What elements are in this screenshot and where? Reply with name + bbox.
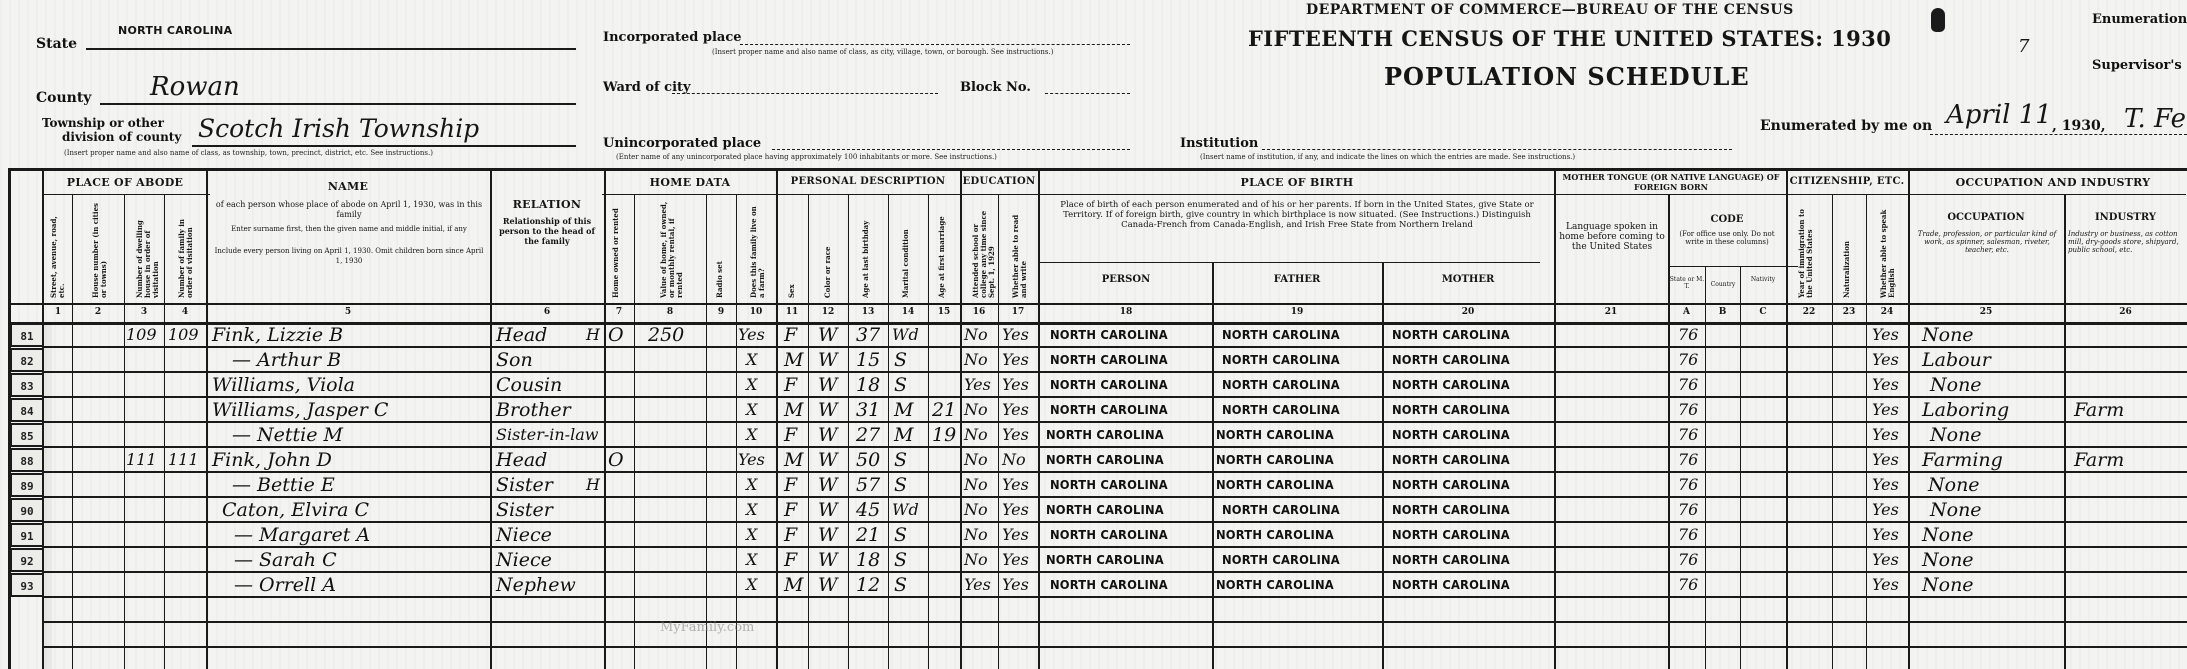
birthplace-father: NORTH CAROLINA [1222, 348, 1340, 372]
group-citizenship: CITIZENSHIP, ETC. [1786, 176, 1908, 187]
vheader-radio: Radio set [716, 200, 724, 298]
ward-underline [672, 93, 938, 94]
vheader-dwelling: Number of dwelling house in order of vis… [136, 200, 160, 298]
race: W [818, 323, 838, 347]
speaks-english: Yes [1872, 423, 1899, 447]
township-value: Scotch Irish Township [198, 114, 479, 143]
enumerated-date: April 11 [1946, 100, 2052, 130]
birthplace-person: NORTH CAROLINA [1050, 348, 1168, 372]
township-underline [192, 145, 576, 147]
colnum: 12 [808, 307, 848, 317]
colnum: 8 [634, 307, 706, 317]
occupation: None [1930, 498, 1982, 522]
first-marriage-age: 19 [932, 423, 956, 447]
school: No [964, 548, 988, 572]
school: No [964, 448, 988, 472]
relation: Niece [496, 523, 552, 547]
colnum: 24 [1866, 307, 1908, 317]
marital: S [894, 548, 907, 572]
read-write: Yes [1002, 323, 1029, 347]
line-number: 83 [10, 373, 44, 397]
colnum: A [1668, 307, 1705, 317]
sex: F [784, 473, 797, 497]
col-rule [1786, 168, 1788, 669]
vheader-naturalization: Naturalization [1843, 200, 1851, 298]
occupation-header: OCCUPATION [1908, 212, 2064, 223]
group-relation: RELATION [490, 198, 604, 211]
colnum: 25 [1908, 307, 2064, 317]
sex: M [784, 573, 803, 597]
birthplace-person: NORTH CAROLINA [1050, 323, 1168, 347]
school: No [964, 498, 988, 522]
age: 27 [856, 423, 880, 447]
line-number: 82 [10, 348, 44, 372]
birthplace-mother: NORTH CAROLINA [1392, 323, 1510, 347]
birthplace-person: NORTH CAROLINA [1050, 398, 1168, 422]
birthplace-person: NORTH CAROLINA [1050, 573, 1168, 597]
code-b-header: Country [1706, 280, 1740, 290]
family-number: 109 [168, 323, 199, 347]
line-number: 84 [10, 398, 44, 422]
farm: X [746, 548, 757, 572]
group-mother-tongue: MOTHER TONGUE (OR NATIVE LANGUAGE) OF FO… [1556, 172, 1786, 192]
township-label-1: Township or other [42, 116, 164, 130]
colnum: 23 [1832, 307, 1866, 317]
colnum-top-rule [8, 303, 2187, 305]
col-rule [848, 194, 849, 669]
birthplace-father: NORTH CAROLINA [1216, 573, 1334, 597]
age: 15 [856, 348, 880, 372]
speaks-english: Yes [1872, 473, 1899, 497]
relation: Sister [496, 498, 553, 522]
col-rule [1038, 168, 1040, 669]
col-rule [164, 194, 165, 669]
col-rule [736, 194, 737, 669]
colnum: 2 [72, 307, 124, 317]
age: 18 [856, 548, 880, 572]
person-name: — Arthur B [232, 348, 341, 372]
margin-mark: 7 [2018, 36, 2029, 57]
relation: Son [496, 348, 533, 372]
read-write: Yes [1002, 548, 1029, 572]
birth-sub-rule [1040, 262, 1540, 263]
school: Yes [964, 573, 991, 597]
colnum: 3 [124, 307, 164, 317]
speaks-english: Yes [1872, 498, 1899, 522]
enumeration-label: Enumeration [2092, 12, 2187, 27]
dwelling-number: 111 [126, 448, 157, 472]
birthplace-mother: NORTH CAROLINA [1392, 398, 1510, 422]
marital: M [894, 423, 913, 447]
colnum: 21 [1554, 307, 1668, 317]
relation: Head [496, 448, 547, 472]
colnum: 16 [960, 307, 998, 317]
colnum: B [1705, 307, 1740, 317]
first-marriage-age: 21 [932, 398, 956, 422]
relation-desc: Relationship of this person to the head … [496, 216, 598, 246]
person-name: — Bettie E [232, 473, 335, 497]
birthplace-father: NORTH CAROLINA [1216, 448, 1334, 472]
birthplace-mother: NORTH CAROLINA [1392, 348, 1510, 372]
col-rule [124, 194, 125, 669]
race: W [818, 423, 838, 447]
col-rule [2064, 194, 2066, 669]
col-rule [72, 194, 73, 669]
dwelling-number: 109 [126, 323, 157, 347]
birthplace-mother: NORTH CAROLINA [1392, 573, 1510, 597]
read-write: Yes [1002, 573, 1029, 597]
speaks-english: Yes [1872, 448, 1899, 472]
sex: M [784, 448, 803, 472]
block-label: Block No. [960, 80, 1031, 95]
marital: S [894, 523, 907, 547]
read-write: Yes [1002, 473, 1029, 497]
colnum: 18 [1040, 307, 1212, 317]
colnum: C [1740, 307, 1786, 317]
race: W [818, 398, 838, 422]
colnum: 26 [2064, 307, 2187, 317]
birthplace-father: NORTH CAROLINA [1222, 498, 1340, 522]
industry: Farm [2074, 398, 2124, 422]
school: No [964, 523, 988, 547]
school: No [964, 423, 988, 447]
line-number: 93 [10, 573, 44, 597]
colnum: 9 [706, 307, 736, 317]
birthplace-father: NORTH CAROLINA [1222, 398, 1340, 422]
schedule-title: POPULATION SCHEDULE [1384, 62, 1750, 91]
col-rule [1212, 262, 1214, 669]
census-page: State NORTH CAROLINA County Rowan Townsh… [0, 0, 2187, 669]
col-rule [634, 194, 635, 669]
col-rule [1668, 194, 1670, 669]
vheader-street: Street, avenue, road, etc. [50, 200, 66, 298]
birth-mother-header: MOTHER [1382, 274, 1554, 285]
race: W [818, 448, 838, 472]
institution-label: Institution [1180, 136, 1258, 151]
incorporated-underline [740, 44, 1130, 45]
supervisor-label: Supervisor's [2092, 58, 2182, 73]
col-rule [928, 194, 929, 669]
birth-father-header: FATHER [1212, 274, 1382, 285]
colnum: 10 [736, 307, 776, 317]
vheader-house-number: House number (in cities or towns) [92, 200, 108, 298]
occupation: None [1922, 323, 1974, 347]
relation: Cousin [496, 373, 562, 397]
home-owned: O [608, 448, 624, 472]
speaks-english: Yes [1872, 548, 1899, 572]
name-desc-2: Enter surname first, then the given name… [212, 224, 486, 234]
marital: S [894, 473, 907, 497]
marital: S [894, 573, 907, 597]
col-rule [960, 168, 962, 669]
col-rule [776, 168, 778, 669]
age: 45 [856, 498, 880, 522]
read-write: Yes [1002, 398, 1029, 422]
farm: X [746, 473, 757, 497]
person-name: Caton, Elvira C [222, 498, 369, 522]
birthplace-person: NORTH CAROLINA [1050, 473, 1168, 497]
colnum: 17 [998, 307, 1038, 317]
name-desc-3: Include every person living on April 1, … [212, 246, 486, 266]
home-owned: O [608, 323, 624, 347]
speaks-english: Yes [1872, 398, 1899, 422]
unincorporated-underline [772, 149, 1130, 150]
industry: Farm [2074, 448, 2124, 472]
col-rule [706, 194, 707, 669]
group-home-data: HOME DATA [604, 176, 776, 189]
vheader-value: Value of home, if owned, or monthly rent… [660, 200, 684, 298]
township-label-2: division of county [62, 130, 181, 144]
vheader-sex: Sex [788, 200, 796, 298]
school: No [964, 473, 988, 497]
birthplace-person: NORTH CAROLINA [1046, 548, 1164, 572]
occupation: None [1922, 573, 1974, 597]
code-a: 76 [1678, 548, 1698, 572]
col-rule [1740, 266, 1741, 669]
vheader-marital: Marital condition [902, 200, 910, 298]
read-write: Yes [1002, 498, 1029, 522]
abode-sub-rule [44, 194, 210, 195]
line-number: 92 [10, 548, 44, 572]
vheader-race: Color or race [824, 200, 832, 298]
age: 12 [856, 573, 880, 597]
code-desc: (For office use only. Do not write in th… [1670, 230, 1784, 246]
birthplace-father: NORTH CAROLINA [1216, 473, 1334, 497]
age: 21 [856, 523, 880, 547]
right-sub-rule [1038, 194, 2186, 195]
code-a: 76 [1678, 423, 1698, 447]
name-desc-1: of each person whose place of abode on A… [212, 200, 486, 220]
vheader-age: Age at last birthday [862, 200, 870, 298]
sex: M [784, 348, 803, 372]
sex: F [784, 323, 797, 347]
col-rule [604, 168, 606, 669]
person-name: Fink, Lizzie B [212, 323, 343, 347]
race: W [818, 373, 838, 397]
vheader-first-marriage: Age at first marriage [938, 200, 946, 298]
county-underline [100, 103, 576, 105]
vheader-farm: Does this family live on a farm? [750, 200, 766, 298]
birthplace-mother: NORTH CAROLINA [1392, 498, 1510, 522]
farm: X [746, 348, 757, 372]
age: 31 [856, 398, 880, 422]
industry-desc: Industry or business, as cotton mill, dr… [2068, 230, 2187, 254]
institution-note: (Insert name of institution, if any, and… [1200, 153, 1575, 161]
birthplace-person: NORTH CAROLINA [1046, 448, 1164, 472]
birthplace-father: NORTH CAROLINA [1216, 523, 1334, 547]
col-rule [490, 168, 492, 669]
institution-underline [1262, 149, 1732, 150]
read-write: Yes [1002, 523, 1029, 547]
person-name: — Nettie M [232, 423, 343, 447]
birthplace-mother: NORTH CAROLINA [1392, 548, 1510, 572]
sex: F [784, 548, 797, 572]
relation: Head [496, 323, 547, 347]
vheader-read-write: Whether able to read and write [1012, 200, 1028, 298]
group-place-of-birth: PLACE OF BIRTH [1040, 176, 1554, 189]
farm: X [746, 523, 757, 547]
colnum: 1 [44, 307, 72, 317]
line-number: 91 [10, 523, 44, 547]
marital: S [894, 373, 907, 397]
code-a: 76 [1678, 323, 1698, 347]
code-a: 76 [1678, 473, 1698, 497]
incorporated-note: (Insert proper name and also name of cla… [712, 48, 1053, 56]
colnum: 19 [1212, 307, 1382, 317]
speaks-english: Yes [1872, 373, 1899, 397]
unincorporated-label: Unincorporated place [603, 136, 761, 151]
col-rule [1832, 194, 1833, 669]
census-title: FIFTEENTH CENSUS OF THE UNITED STATES: 1… [1248, 26, 1891, 51]
birthplace-person: NORTH CAROLINA [1050, 373, 1168, 397]
relation: Brother [496, 398, 571, 422]
code-a: 76 [1678, 498, 1698, 522]
occupation: None [1922, 523, 1974, 547]
occupation: Laboring [1922, 398, 2009, 422]
race: W [818, 348, 838, 372]
code-a: 76 [1678, 373, 1698, 397]
birthplace-person: NORTH CAROLINA [1046, 423, 1164, 447]
code-a: 76 [1678, 348, 1698, 372]
occupation: Labour [1922, 348, 1991, 372]
group-personal-description: PERSONAL DESCRIPTION [776, 176, 960, 187]
group-education: EDUCATION [960, 176, 1038, 187]
birthplace-person: NORTH CAROLINA [1050, 523, 1168, 547]
read-write: No [1002, 448, 1026, 472]
relation: Niece [496, 548, 552, 572]
department-heading: DEPARTMENT OF COMMERCE—BUREAU OF THE CEN… [1306, 2, 1794, 18]
speaks-english: Yes [1872, 523, 1899, 547]
birthplace-father: NORTH CAROLINA [1222, 373, 1340, 397]
birthplace-mother: NORTH CAROLINA [1392, 423, 1510, 447]
code-a: 76 [1678, 523, 1698, 547]
line-number: 88 [10, 448, 44, 472]
relation: Sister [496, 473, 553, 497]
farm: Yes [738, 448, 765, 472]
enumerated-underline [1930, 134, 2187, 135]
school: No [964, 348, 988, 372]
colnum: 7 [604, 307, 634, 317]
home-sub-rule [602, 194, 776, 195]
school: No [964, 398, 988, 422]
farm: X [746, 373, 757, 397]
language-desc: Language spoken in home before coming to… [1558, 222, 1666, 252]
birthplace-mother: NORTH CAROLINA [1392, 473, 1510, 497]
read-write: Yes [1002, 423, 1029, 447]
farm: Yes [738, 323, 765, 347]
speaks-english: Yes [1872, 348, 1899, 372]
enumerator-name: T. Fe [2124, 104, 2186, 134]
person-name: — Sarah C [234, 548, 337, 572]
birthplace-father: NORTH CAROLINA [1222, 323, 1340, 347]
age: 37 [856, 323, 880, 347]
col-rule [808, 194, 809, 669]
sex: F [784, 423, 797, 447]
farm: X [746, 398, 757, 422]
col-rule [998, 194, 999, 669]
township-note: (Insert proper name and also name of cla… [64, 149, 433, 157]
vheader-school: Attended school or college any time sinc… [972, 200, 996, 298]
col-rule [1554, 168, 1556, 669]
occupation: Farming [1922, 448, 2003, 472]
vheader-immigration: Year of immigration to the United States [1798, 200, 1814, 298]
code-c-header: Nativity [1741, 276, 1785, 283]
group-occupation-industry: OCCUPATION AND INDUSTRY [1908, 176, 2187, 189]
colnum: 14 [888, 307, 928, 317]
vheader-family: Number of family in order of visitation [178, 200, 194, 298]
col-rule [1382, 262, 1384, 669]
line-number: 81 [10, 323, 44, 347]
state-underline [86, 48, 576, 50]
col-rule [206, 168, 208, 669]
line-number: 90 [10, 498, 44, 522]
watermark: MyFamily.com [660, 620, 754, 635]
code-sub-rule [1668, 266, 1798, 267]
line-number: 89 [10, 473, 44, 497]
occupation: None [1922, 548, 1974, 572]
county-value: Rowan [150, 72, 240, 102]
race: W [818, 548, 838, 572]
sex: F [784, 523, 797, 547]
marital: S [894, 348, 907, 372]
occupation: None [1930, 423, 1982, 447]
relation: Nephew [496, 573, 576, 597]
ink-blot [1931, 8, 1945, 32]
county-label: County [36, 90, 91, 106]
person-name: — Orrell A [234, 573, 336, 597]
farm: X [746, 498, 757, 522]
occupation-desc: Trade, profession, or particular kind of… [1914, 230, 2060, 254]
vheader-owned: Home owned or rented [612, 200, 620, 298]
birthplace-person: NORTH CAROLINA [1046, 498, 1164, 522]
col-rule [1705, 266, 1706, 669]
industry-header: INDUSTRY [2064, 212, 2187, 223]
line-number: 85 [10, 423, 44, 447]
colnum: 5 [206, 307, 490, 317]
colnum: 6 [490, 307, 604, 317]
race: W [818, 473, 838, 497]
colnum: 11 [776, 307, 808, 317]
school: Yes [964, 373, 991, 397]
school: No [964, 323, 988, 347]
code-a: 76 [1678, 398, 1698, 422]
relation: Sister-in-law [496, 423, 598, 447]
group-place-of-abode: PLACE OF ABODE [44, 176, 206, 189]
occupation: None [1930, 373, 1982, 397]
code-header: CODE [1668, 214, 1786, 225]
block-underline [1045, 93, 1130, 94]
state-value: NORTH CAROLINA [118, 24, 233, 37]
marital: Wd [892, 498, 919, 522]
marital: M [894, 398, 913, 422]
group-name: NAME [206, 180, 490, 193]
birthplace-mother: NORTH CAROLINA [1392, 523, 1510, 547]
birthplace-father: NORTH CAROLINA [1222, 548, 1340, 572]
enumerated-label: Enumerated by me on [1760, 118, 1932, 134]
code-a: 76 [1678, 573, 1698, 597]
relation-mark: H [586, 473, 600, 497]
occupation: None [1928, 473, 1980, 497]
person-name: — Margaret A [234, 523, 370, 547]
person-name: Fink, John D [212, 448, 332, 472]
colnum: 4 [164, 307, 206, 317]
table-top-rule [8, 168, 2187, 171]
birthplace-father: NORTH CAROLINA [1216, 423, 1334, 447]
birthplace-mother: NORTH CAROLINA [1392, 448, 1510, 472]
race: W [818, 573, 838, 597]
birthplace-mother: NORTH CAROLINA [1392, 373, 1510, 397]
age: 50 [856, 448, 880, 472]
